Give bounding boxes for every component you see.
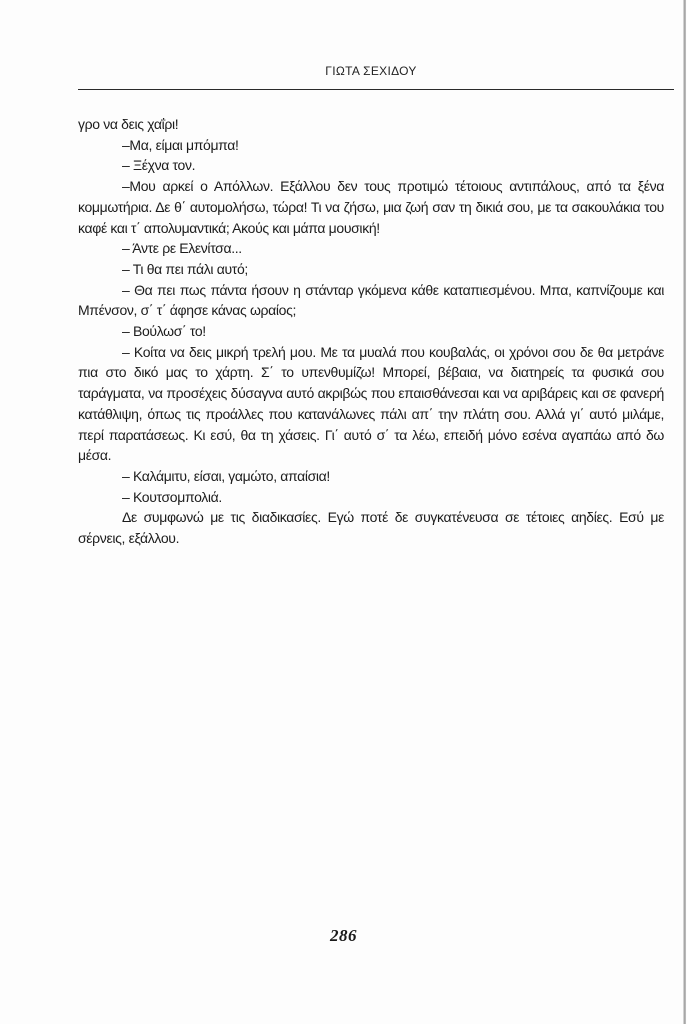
page-edge-shadow (683, 0, 686, 1024)
dialogue-line: –Μου αρκεί ο Απόλλων. Εξάλλου δεν τους π… (78, 176, 664, 238)
paragraph-continuation: γρο να δεις χαΐρι! (78, 114, 664, 135)
book-page: ΓΙΩΤΑ ΣΕΧΙΔΟΥ γρο να δεις χαΐρι! –Μα, εί… (0, 0, 687, 1024)
running-head-author: ΓΙΩΤΑ ΣΕΧΙΔΟΥ (78, 64, 664, 78)
dialogue-line: – Τι θα πει πάλι αυτό; (78, 259, 664, 280)
dialogue-line: – Άντε ρε Ελενίτσα... (78, 238, 664, 259)
header-rule-divider (78, 89, 674, 90)
narrative-paragraph: Δε συμφωνώ με τις διαδικασίες. Εγώ ποτέ … (78, 507, 664, 548)
dialogue-line: –Μα, είμαι μπόμπα! (78, 135, 664, 156)
page-number: 286 (0, 926, 687, 946)
dialogue-line: – Κουτσομπολιά. (78, 487, 664, 508)
dialogue-line: – Κοίτα να δεις μικρή τρελή μου. Με τα μ… (78, 342, 664, 466)
dialogue-line: – Ξέχνα τον. (78, 155, 664, 176)
dialogue-line: – Βούλωσ΄ το! (78, 321, 664, 342)
dialogue-line: – Καλάμιτυ, είσαι, γαμώτο, απαίσια! (78, 466, 664, 487)
dialogue-line: – Θα πει πως πάντα ήσουν η στάνταρ γκόμε… (78, 280, 664, 321)
body-text: γρο να δεις χαΐρι! –Μα, είμαι μπόμπα! – … (78, 114, 664, 549)
